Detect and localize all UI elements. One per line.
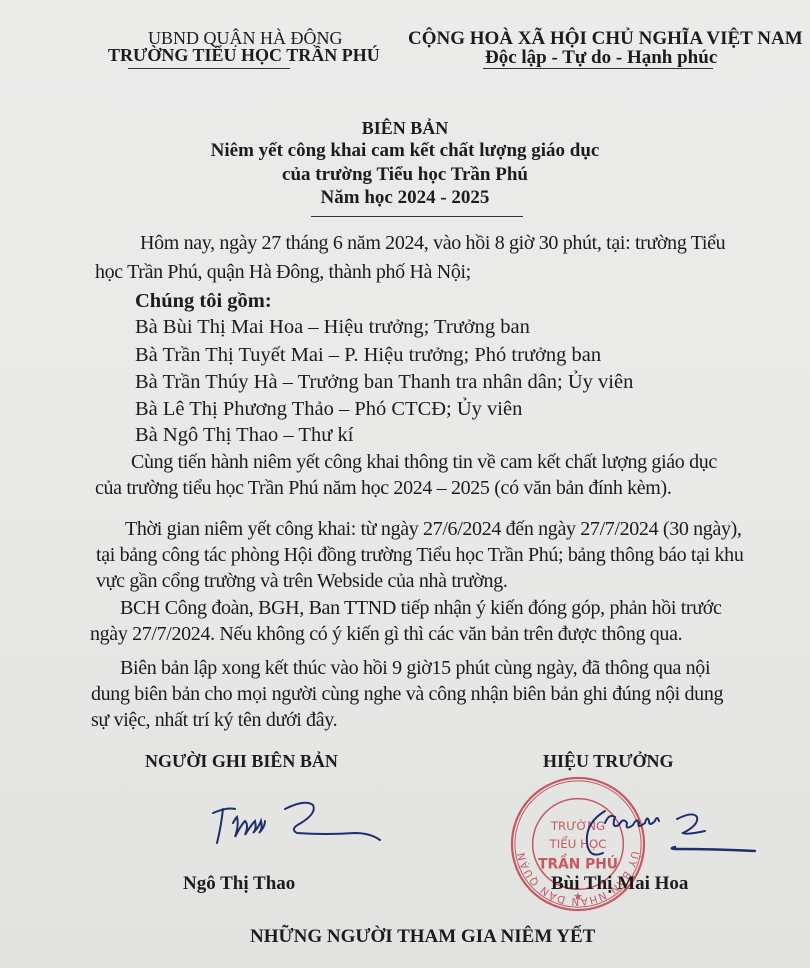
paragraph-4-line-1: Biên bản lập xong kết thúc vào hồi 9 giờ… bbox=[120, 657, 710, 680]
national-motto: Độc lập - Tự do - Hạnh phúc bbox=[485, 47, 717, 69]
principal-signature bbox=[575, 803, 775, 863]
document-page: UBND QUẬN HÀ ĐÔNG TRƯỜNG TIỂU HỌC TRẦN P… bbox=[0, 0, 810, 968]
school-name: TRƯỜNG TIỂU HỌC TRẦN PHÚ bbox=[108, 45, 380, 66]
document-subject-school: của trường Tiểu học Trần Phú bbox=[0, 164, 810, 186]
paragraph-3-line-1: BCH Công đoàn, BGH, Ban TTND tiếp nhận ý… bbox=[120, 597, 722, 620]
member-item: Bà Ngô Thị Thao – Thư kí bbox=[135, 424, 353, 447]
paragraph-3-line-2: ngày 27/7/2024. Nếu không có ý kiến gì t… bbox=[90, 623, 682, 646]
paragraph-2-line-3: vực gần cổng trường và trên Webside của … bbox=[96, 570, 508, 593]
paragraph-4-line-2: dung biên bản cho mọi người cùng nghe và… bbox=[91, 683, 723, 706]
paragraph-2-line-1: Thời gian niêm yết công khai: từ ngày 27… bbox=[125, 518, 742, 541]
participants-heading: NHỮNG NGƯỜI THAM GIA NIÊM YẾT bbox=[250, 926, 595, 948]
paragraph-2-line-2: tại bảng công tác phòng Hội đồng trường … bbox=[96, 544, 743, 567]
document-subject: Niêm yết công khai cam kết chất lượng gi… bbox=[0, 140, 810, 162]
principal-name: Bùi Thị Mai Hoa bbox=[551, 873, 688, 895]
paragraph-1-line-1: Cùng tiến hành niêm yết công khai thông … bbox=[131, 451, 717, 474]
school-year: Năm học 2024 - 2025 bbox=[0, 187, 810, 209]
member-item: Bà Trần Thúy Hà – Trưởng ban Thanh tra n… bbox=[135, 371, 633, 394]
recorder-name: Ngô Thị Thao bbox=[183, 873, 295, 895]
paragraph-4-line-3: sự việc, nhất trí ký tên dưới đây. bbox=[91, 709, 337, 732]
member-item: Bà Lê Thị Phương Thảo – Phó CTCĐ; Ủy viê… bbox=[135, 398, 522, 421]
intro-line-1: Hôm nay, ngày 27 tháng 6 năm 2024, vào h… bbox=[140, 232, 725, 255]
header-left-underline bbox=[128, 68, 290, 69]
recorder-signature bbox=[205, 795, 385, 855]
member-item: Bà Bùi Thị Mai Hoa – Hiệu trưởng; Trưởng… bbox=[135, 316, 530, 339]
paragraph-1-line-2: của trường tiểu học Trần Phú năm học 202… bbox=[95, 477, 671, 500]
recorder-heading: NGƯỜI GHI BIÊN BẢN bbox=[145, 751, 338, 772]
members-heading: Chúng tôi gồm: bbox=[135, 290, 272, 313]
member-item: Bà Trần Thị Tuyết Mai – P. Hiệu trưởng; … bbox=[135, 344, 601, 367]
document-type: BIÊN BẢN bbox=[0, 118, 810, 139]
principal-heading: HIỆU TRƯỞNG bbox=[543, 751, 674, 772]
header-right-underline bbox=[483, 68, 713, 69]
intro-line-2: học Trần Phú, quận Hà Đông, thành phố Hà… bbox=[95, 261, 471, 284]
title-underline bbox=[311, 216, 523, 217]
